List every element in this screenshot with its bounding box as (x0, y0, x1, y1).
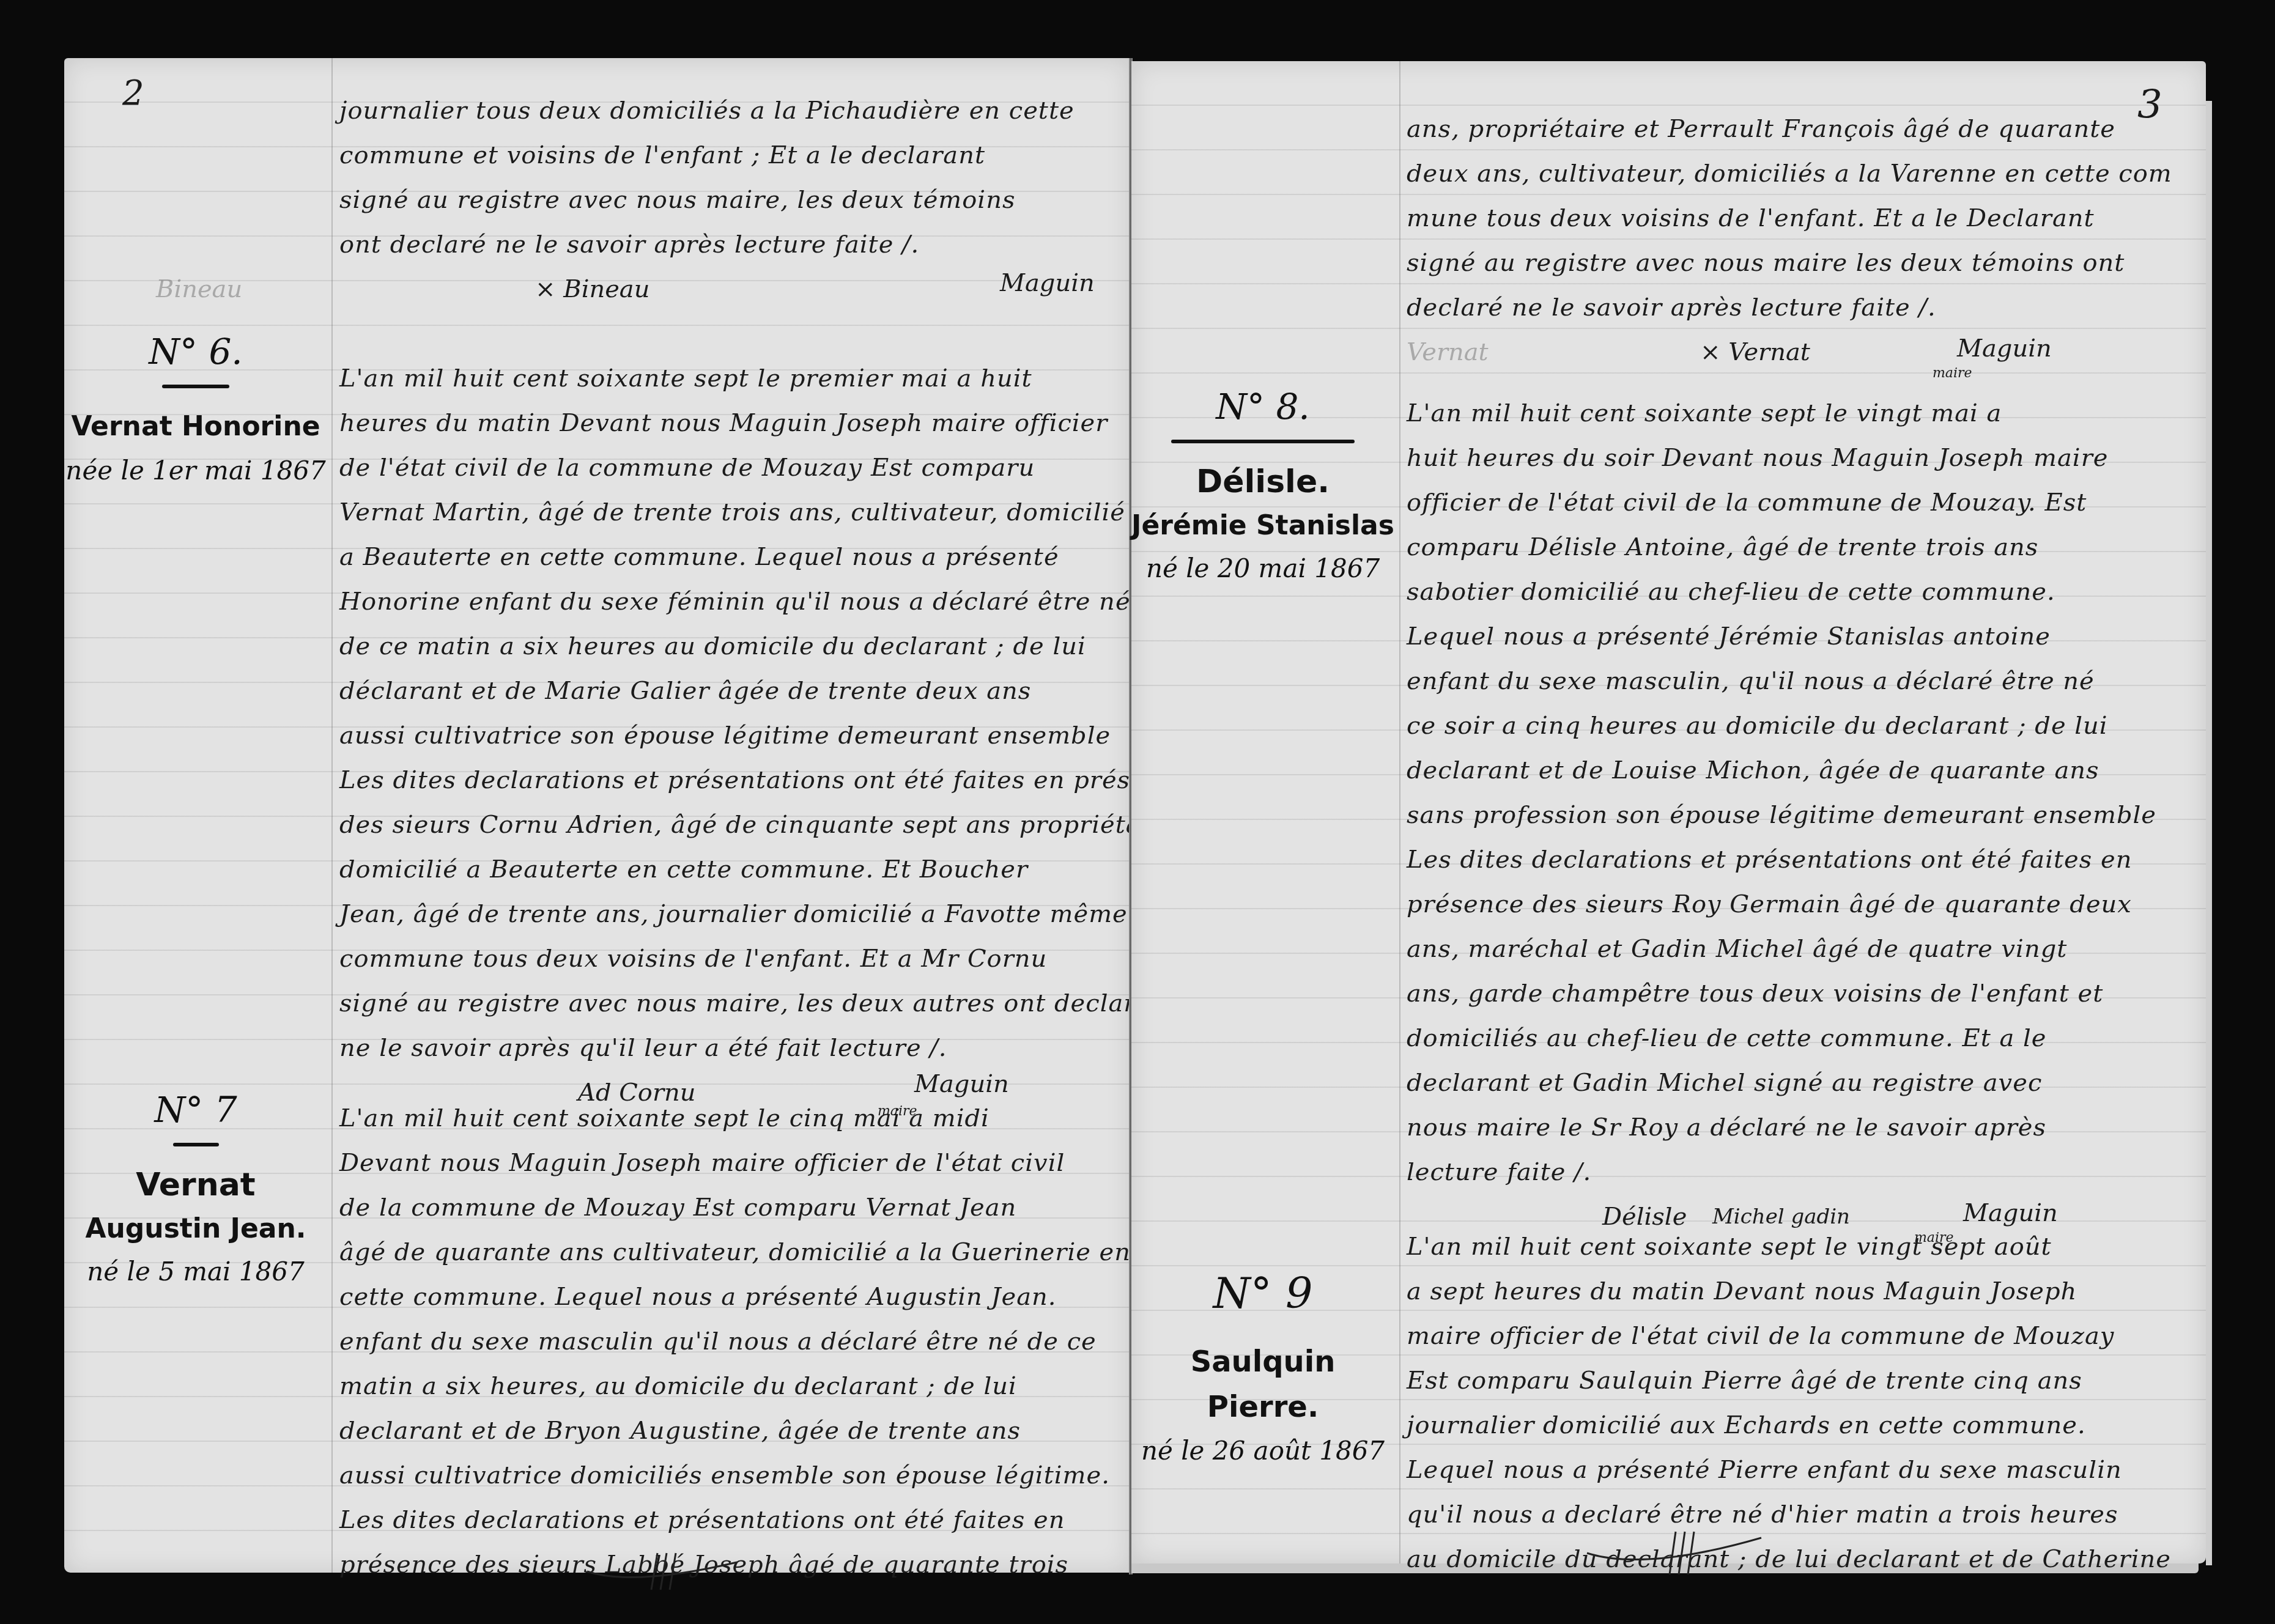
text-line: au domicile du declarant ; de lui declar… (1407, 1537, 2195, 1582)
entry-divider (162, 385, 229, 388)
text-line: declarant et de Louise Michon, âgée de q… (1407, 748, 2195, 793)
entry-surname: Vernat (64, 1162, 327, 1208)
left-page: 2 journalier tous deux domiciliés a la P… (64, 58, 1130, 1573)
text-line: Devant nous Maguin Joseph maire officier… (339, 1141, 1122, 1186)
margin-entry-6: N° 6. Vernat Honorine née le 1er mai 186… (64, 327, 327, 492)
entry-9-body: L'an mil huit cent soixante sept le ving… (1407, 1225, 2195, 1582)
entry-birth-date: née le 1er mai 1867 (64, 449, 327, 492)
margin-entry-9: N° 9 Saulquin Pierre. né le 26 août 1867 (1131, 1260, 1394, 1472)
text-line: L'an mil huit cent soixante sept le ving… (1407, 391, 2195, 436)
text-line: huit heures du soir Devant nous Maguin J… (1407, 436, 2195, 481)
text-line: cette commune. Lequel nous a présenté Au… (339, 1275, 1122, 1320)
declarant-signature: × Vernat (1700, 330, 1810, 375)
corner-mark: 2 (122, 73, 144, 113)
entry-surname: Délisle. (1131, 459, 1394, 504)
entry-7-body: L'an mil huit cent soixante sept le cinq… (339, 1096, 1122, 1587)
text-line: ans, propriétaire et Perrault François â… (1407, 107, 2195, 152)
text-line: journalier tous deux domiciliés a la Pic… (339, 89, 1122, 133)
text-line: commune et voisins de l'enfant ; Et a le… (339, 133, 1122, 178)
signature-row: Vernat × Vernat Maguin maire (1407, 330, 2195, 375)
text-line: commune tous deux voisins de l'enfant. E… (339, 937, 1122, 981)
entry-surname: Vernat (71, 411, 172, 442)
text-line: declarant et de Bryon Augustine, âgée de… (339, 1409, 1122, 1453)
text-line: Les dites declarations et présentations … (1407, 838, 2195, 882)
entry-birth-date: né le 5 mai 1867 (64, 1250, 327, 1293)
signature-row: Bineau × Bineau Maguin (339, 267, 1122, 312)
margin-entry-8: N° 8. Délisle. Jérémie Stanislas né le 2… (1131, 382, 1394, 590)
text-line: ans, maréchal et Gadin Michel âgé de qua… (1407, 927, 2195, 972)
text-line: domicilié a Beauterte en cette commune. … (339, 847, 1122, 892)
text-line: Honorine enfant du sexe féminin qu'il no… (339, 580, 1122, 624)
text-line: enfant du sexe masculin, qu'il nous a dé… (1407, 659, 2195, 704)
mayor-signature: Maguin (1000, 261, 1095, 306)
entry-divider (1171, 440, 1355, 443)
text-line: matin a six heures, au domicile du decla… (339, 1364, 1122, 1409)
mayor-title: maire (1933, 351, 1972, 396)
text-line: heures du matin Devant nous Maguin Josep… (339, 401, 1122, 446)
entry-surname: Saulquin Pierre. (1131, 1339, 1394, 1430)
page-stack-edge (2206, 101, 2212, 1565)
text-line: Lequel nous a présenté Pierre enfant du … (1407, 1448, 2195, 1493)
text-line: deux ans, cultivateur, domiciliés a la V… (1407, 152, 2195, 196)
text-line: mune tous deux voisins de l'enfant. Et a… (1407, 196, 2195, 241)
margin-entry-7: N° 7 Vernat Augustin Jean. né le 5 mai 1… (64, 1085, 327, 1293)
entry-given-name: Jérémie Stanislas (1131, 504, 1394, 547)
text-line: nous maire le Sr Roy a déclaré ne le sav… (1407, 1105, 2195, 1150)
text-line: Jean, âgé de trente ans, journalier domi… (339, 892, 1122, 937)
faint-signature: Vernat (1407, 330, 1489, 375)
text-line: sabotier domicilié au chef-lieu de cette… (1407, 570, 2195, 615)
entry-number: N° 8. (1131, 382, 1394, 431)
text-line: declaré ne le savoir après lecture faite… (1407, 286, 2195, 330)
text-line: a Beauterte en cette commune. Lequel nou… (339, 535, 1122, 580)
text-line: déclarant et de Marie Galier âgée de tre… (339, 669, 1122, 714)
text-line: des sieurs Cornu Adrien, âgé de cinquant… (339, 803, 1122, 847)
text-line: Les dites declarations et présentations … (339, 758, 1122, 803)
continuation-text: journalier tous deux domiciliés a la Pic… (339, 89, 1122, 312)
text-line: aussi cultivatrice son épouse légitime d… (339, 714, 1122, 758)
text-line: comparu Délisle Antoine, âgé de trente t… (1407, 525, 2195, 570)
text-line: journalier domicilié aux Echards en cett… (1407, 1403, 2195, 1448)
text-line: declarant et Gadin Michel signé au regis… (1407, 1061, 2195, 1105)
text-line: enfant du sexe masculin qu'il nous a déc… (339, 1320, 1122, 1364)
text-line: ans, garde champêtre tous deux voisins d… (1407, 972, 2195, 1016)
entry-given-name: Augustin Jean. (64, 1208, 327, 1250)
text-line: aussi cultivatrice domiciliés ensemble s… (339, 1453, 1122, 1498)
entry-name: Vernat Honorine (64, 404, 327, 449)
text-line: sans profession son épouse légitime deme… (1407, 793, 2195, 838)
entry-6-body: L'an mil huit cent soixante sept le prem… (339, 356, 1122, 1115)
witness-signature: × Bineau (535, 267, 649, 312)
text-line: Est comparu Saulquin Pierre âgé de trent… (1407, 1359, 2195, 1403)
text-line: lecture faite /. (1407, 1150, 2195, 1195)
continuation-text: ans, propriétaire et Perrault François â… (1407, 107, 2195, 375)
entry-birth-date: né le 26 août 1867 (1131, 1430, 1394, 1472)
entry-number: N° 6. (64, 327, 327, 376)
entry-divider (173, 1143, 219, 1146)
entry-number: N° 7 (64, 1085, 327, 1134)
text-line: signé au registre avec nous maire, les d… (339, 981, 1122, 1026)
entry-number: N° 9 (1131, 1260, 1394, 1327)
text-line: présence des sieurs Roy Germain âgé de q… (1407, 882, 2195, 927)
text-line: Les dites declarations et présentations … (339, 1498, 1122, 1543)
margin-rule (1399, 61, 1400, 1563)
text-line: maire officier de l'état civil de la com… (1407, 1314, 2195, 1359)
text-line: de l'état civil de la commune de Mouzay … (339, 446, 1122, 490)
paraph-icon (584, 1550, 743, 1593)
text-line: ce soir a cinq heures au domicile du dec… (1407, 704, 2195, 748)
text-line: de la commune de Mouzay Est comparu Vern… (339, 1186, 1122, 1230)
text-line: L'an mil huit cent soixante sept le prem… (339, 356, 1122, 401)
text-line: officier de l'état civil de la commune d… (1407, 481, 2195, 525)
text-line: de ce matin a six heures au domicile du … (339, 624, 1122, 669)
text-line: L'an mil huit cent soixante sept le cinq… (339, 1096, 1122, 1141)
text-line: âgé de quarante ans cultivateur, domicil… (339, 1230, 1122, 1275)
margin-rule (331, 58, 333, 1573)
paraph-icon (1584, 1529, 1767, 1578)
faint-signature: Bineau (156, 267, 242, 312)
right-page: 3 ans, propriétaire et Perrault François… (1131, 61, 2206, 1563)
text-line: Lequel nous a présenté Jérémie Stanislas… (1407, 615, 2195, 659)
text-line: a sept heures du matin Devant nous Magui… (1407, 1269, 2195, 1314)
text-line: signé au registre avec nous maire les de… (1407, 241, 2195, 286)
text-line: domiciliés au chef-lieu de cette commune… (1407, 1016, 2195, 1061)
entry-given-name: Honorine (182, 411, 320, 442)
text-line: L'an mil huit cent soixante sept le ving… (1407, 1225, 2195, 1269)
entry-birth-date: né le 20 mai 1867 (1131, 547, 1394, 590)
text-line: qu'il nous a declaré être né d'hier mati… (1407, 1493, 2195, 1537)
text-line: signé au registre avec nous maire, les d… (339, 178, 1122, 223)
text-line: Vernat Martin, âgé de trente trois ans, … (339, 490, 1122, 535)
entry-8-body: L'an mil huit cent soixante sept le ving… (1407, 391, 2195, 1239)
